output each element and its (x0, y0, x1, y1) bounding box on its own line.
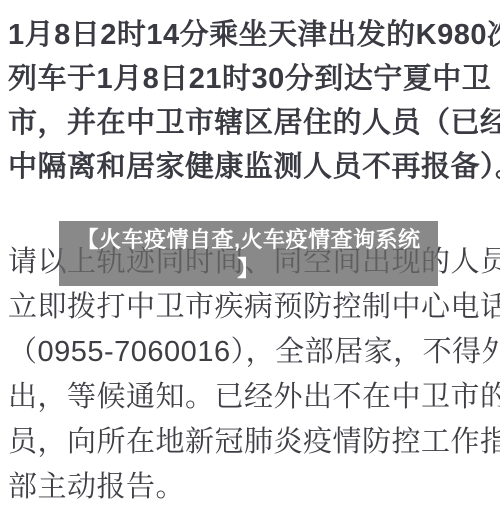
intro-line-2: 列车于1月8日21时30分到达宁夏中卫 (8, 57, 500, 101)
body-line-5: 员，向所在地新冠肺炎疫情防控工作指挥 (8, 420, 500, 465)
intro-line-3: 市，并在中卫市辖区居住的人员（已经集 (8, 101, 500, 145)
body-line-4: 出，等候通知。已经外出不在中卫市的人 (8, 375, 500, 420)
body-line-3: （0955-7060016），全部居家，不得外 (8, 330, 500, 375)
watermark-text-line-1: 【火车疫情自查,火车疫情查询系统 (59, 225, 438, 254)
intro-line-1: 1月8日2时14分乘坐天津出发的K980次 (8, 13, 500, 57)
body-line-2: 立即拨打中卫市疾病预防控制中心电话 (8, 285, 500, 330)
body-line-6: 部主动报告。 (8, 465, 500, 508)
notice-intro-paragraph: 1月8日2时14分乘坐天津出发的K980次 列车于1月8日21时30分到达宁夏中… (8, 13, 500, 189)
notice-page: 1月8日2时14分乘坐天津出发的K980次 列车于1月8日21时30分到达宁夏中… (0, 0, 500, 508)
watermark-overlay: 【火车疫情自查,火车疫情查询系统 】 (59, 221, 438, 286)
intro-line-4: 中隔离和居家健康监测人员不再报备）。 (8, 145, 500, 189)
watermark-text-line-2: 】 (59, 254, 438, 283)
